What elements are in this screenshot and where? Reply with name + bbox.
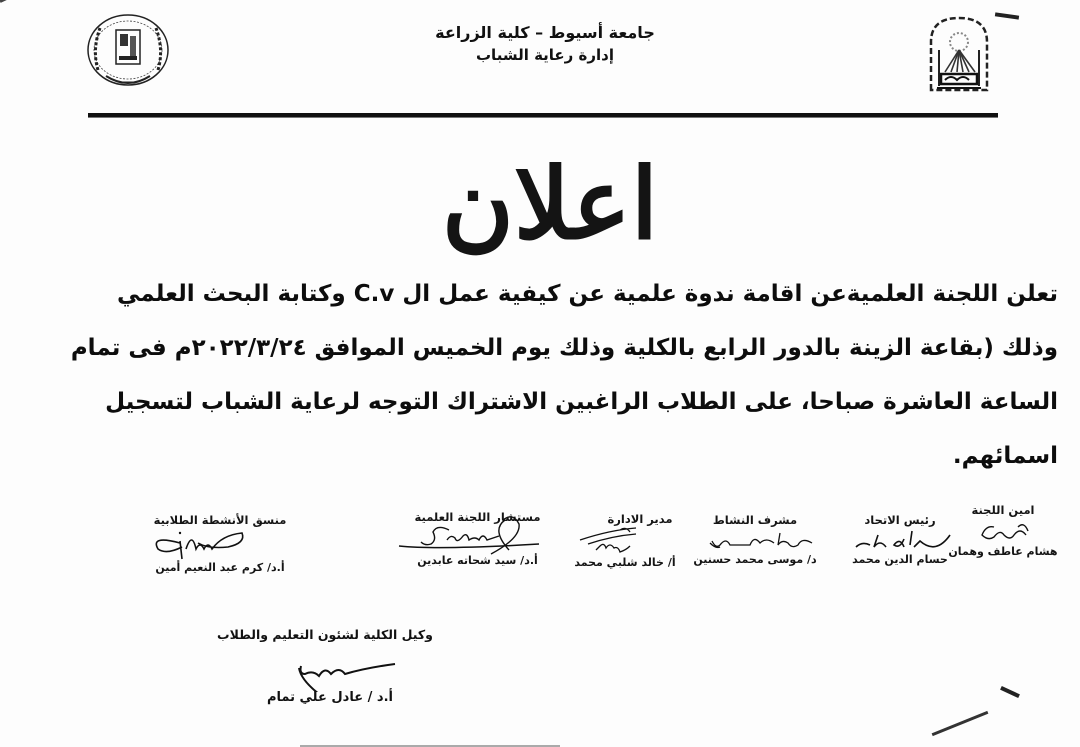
scan-mark (0, 0, 19, 3)
signatory-role: منسق الأنشطة الطلابية (140, 513, 300, 527)
body-line: وذلك (بقاعة الزينة بالدور الرابع بالكلية… (86, 326, 1058, 380)
dean-name: أ.د / عادل علي تمام (255, 690, 405, 705)
body-line: اسمائهم. (86, 434, 1058, 488)
signatory-name: أ.د/ سيد شحاته عابدين (395, 554, 560, 567)
announcement-page: جامعة أسيوط – كلية الزراعة إدارة رعاية ا… (0, 0, 1080, 747)
signatory-role: مدير الادارة (560, 512, 690, 526)
signatory-role: امين اللجنة (948, 503, 1058, 517)
header-text: جامعة أسيوط – كلية الزراعة إدارة رعاية ا… (380, 22, 710, 66)
signatory-activities-coordinator: منسق الأنشطة الطلابية أ.د/ كرم عبد النعي… (140, 513, 300, 574)
dean-signature-icon (255, 652, 405, 692)
signature-icon (560, 526, 690, 556)
signatory-name: د/ موسى محمد حسنين (680, 553, 830, 566)
assiut-university-logo-icon (925, 14, 993, 92)
signatory-admin-director: مدير الادارة أ/ خالد شلبي محمد (560, 512, 690, 569)
scan-mark (932, 711, 989, 736)
signatory-role: رئيس الاتحاد (840, 513, 960, 527)
signatory-name: حسام الدين محمد (840, 553, 960, 566)
faculty-emblem-icon (78, 10, 178, 94)
signatory-name: أ/ خالد شلبي محمد (560, 556, 690, 569)
university-faculty-line: جامعة أسيوط – كلية الزراعة (380, 22, 710, 44)
signatory-name: أ.د/ كرم عبد النعيم أمين (140, 561, 300, 574)
signatory-role: مستشار اللجنة العلمية (395, 510, 560, 524)
signatory-committee-advisor: مستشار اللجنة العلمية أ.د/ سيد شحاته عاب… (395, 510, 560, 567)
signature-icon (948, 517, 1058, 547)
scan-mark (995, 12, 1019, 19)
signatory-name: هشام عاطف وهمان (948, 545, 1058, 558)
signatory-union-president: رئيس الاتحاد حسام الدين محمد (840, 513, 960, 566)
body-line: تعلن اللجنة العلميةعن اقامة ندوة علمية ع… (86, 272, 1058, 326)
signature-icon (840, 527, 960, 553)
announcement-title: اعلان (380, 140, 720, 270)
signature-icon (140, 527, 300, 561)
header-divider (88, 113, 998, 118)
signatory-committee-secretary: امين اللجنة هشام عاطف وهمان (948, 503, 1058, 558)
signatory-activity-supervisor: مشرف النشاط د/ موسى محمد حسنين (680, 513, 830, 566)
signature-icon (680, 527, 830, 553)
dean-role: وكيل الكلية لشئون التعليم والطلاب (205, 627, 445, 642)
body-line: الساعة العاشرة صباحا، على الطلاب الراغبي… (86, 380, 1058, 434)
announcement-body: تعلن اللجنة العلميةعن اقامة ندوة علمية ع… (86, 272, 1058, 488)
scan-mark (1000, 686, 1020, 698)
signatory-role: مشرف النشاط (680, 513, 830, 527)
department-line: إدارة رعاية الشباب (380, 44, 710, 66)
